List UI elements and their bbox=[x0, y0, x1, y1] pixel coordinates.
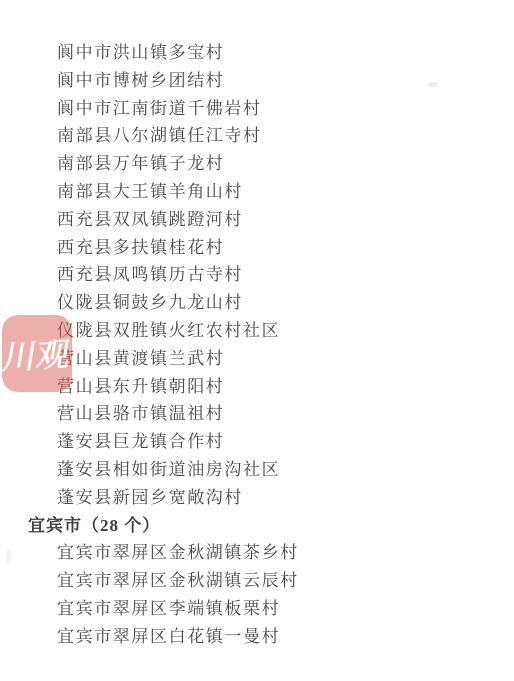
village-list-item: 宜宾市翠屏区金秋湖镇云辰村 bbox=[0, 567, 514, 595]
village-list-item: 宜宾市翠屏区金秋湖镇茶乡村 bbox=[0, 539, 514, 567]
village-list-item: 营山县东升镇朝阳村 bbox=[0, 373, 514, 401]
village-list-item: 蓬安县相如街道油房沟社区 bbox=[0, 456, 514, 484]
village-list-item: 蓬安县巨龙镇合作村 bbox=[0, 428, 514, 456]
village-list-item: 蓬安县新园乡宽敞沟村 bbox=[0, 484, 514, 512]
village-list-item: 西充县凤鸣镇历古寺村 bbox=[0, 261, 514, 289]
village-list-item: 营山县骆市镇温祖村 bbox=[0, 400, 514, 428]
scan-artifact bbox=[428, 82, 438, 87]
village-list-item: 仪陇县双胜镇火红农村社区 bbox=[0, 317, 514, 345]
village-list-item: 阆中市洪山镇多宝村 bbox=[0, 39, 514, 67]
chuanguan-watermark-text: 川观 bbox=[0, 328, 74, 378]
scan-artifact bbox=[248, 112, 256, 116]
city-section-header: 宜宾市（28 个） bbox=[0, 512, 514, 540]
village-list-item: 宜宾市翠屏区白花镇一曼村 bbox=[0, 623, 514, 651]
village-list-item: 南部县万年镇子龙村 bbox=[0, 150, 514, 178]
village-list-item: 阆中市博树乡团结村 bbox=[0, 67, 514, 95]
village-list-item: 营山县黄渡镇兰武村 bbox=[0, 345, 514, 373]
chuanguan-watermark-logo: 川观 bbox=[2, 315, 72, 392]
village-list-item: 仪陇县铜鼓乡九龙山村 bbox=[0, 289, 514, 317]
scan-artifact bbox=[6, 550, 11, 564]
village-list-item: 南部县八尔湖镇任江寺村 bbox=[0, 122, 514, 150]
village-list-item: 南部县大王镇羊角山村 bbox=[0, 178, 514, 206]
village-list-item: 宜宾市翠屏区李端镇板栗村 bbox=[0, 595, 514, 623]
village-list: 阆中市洪山镇多宝村阆中市博树乡团结村阆中市江南街道千佛岩村南部县八尔湖镇任江寺村… bbox=[0, 39, 514, 651]
village-list-item: 西充县多扶镇桂花村 bbox=[0, 234, 514, 262]
village-list-item: 西充县双凤镇跳蹬河村 bbox=[0, 206, 514, 234]
village-list-item: 阆中市江南街道千佛岩村 bbox=[0, 95, 514, 123]
document-page: 阆中市洪山镇多宝村阆中市博树乡团结村阆中市江南街道千佛岩村南部县八尔湖镇任江寺村… bbox=[0, 39, 514, 651]
